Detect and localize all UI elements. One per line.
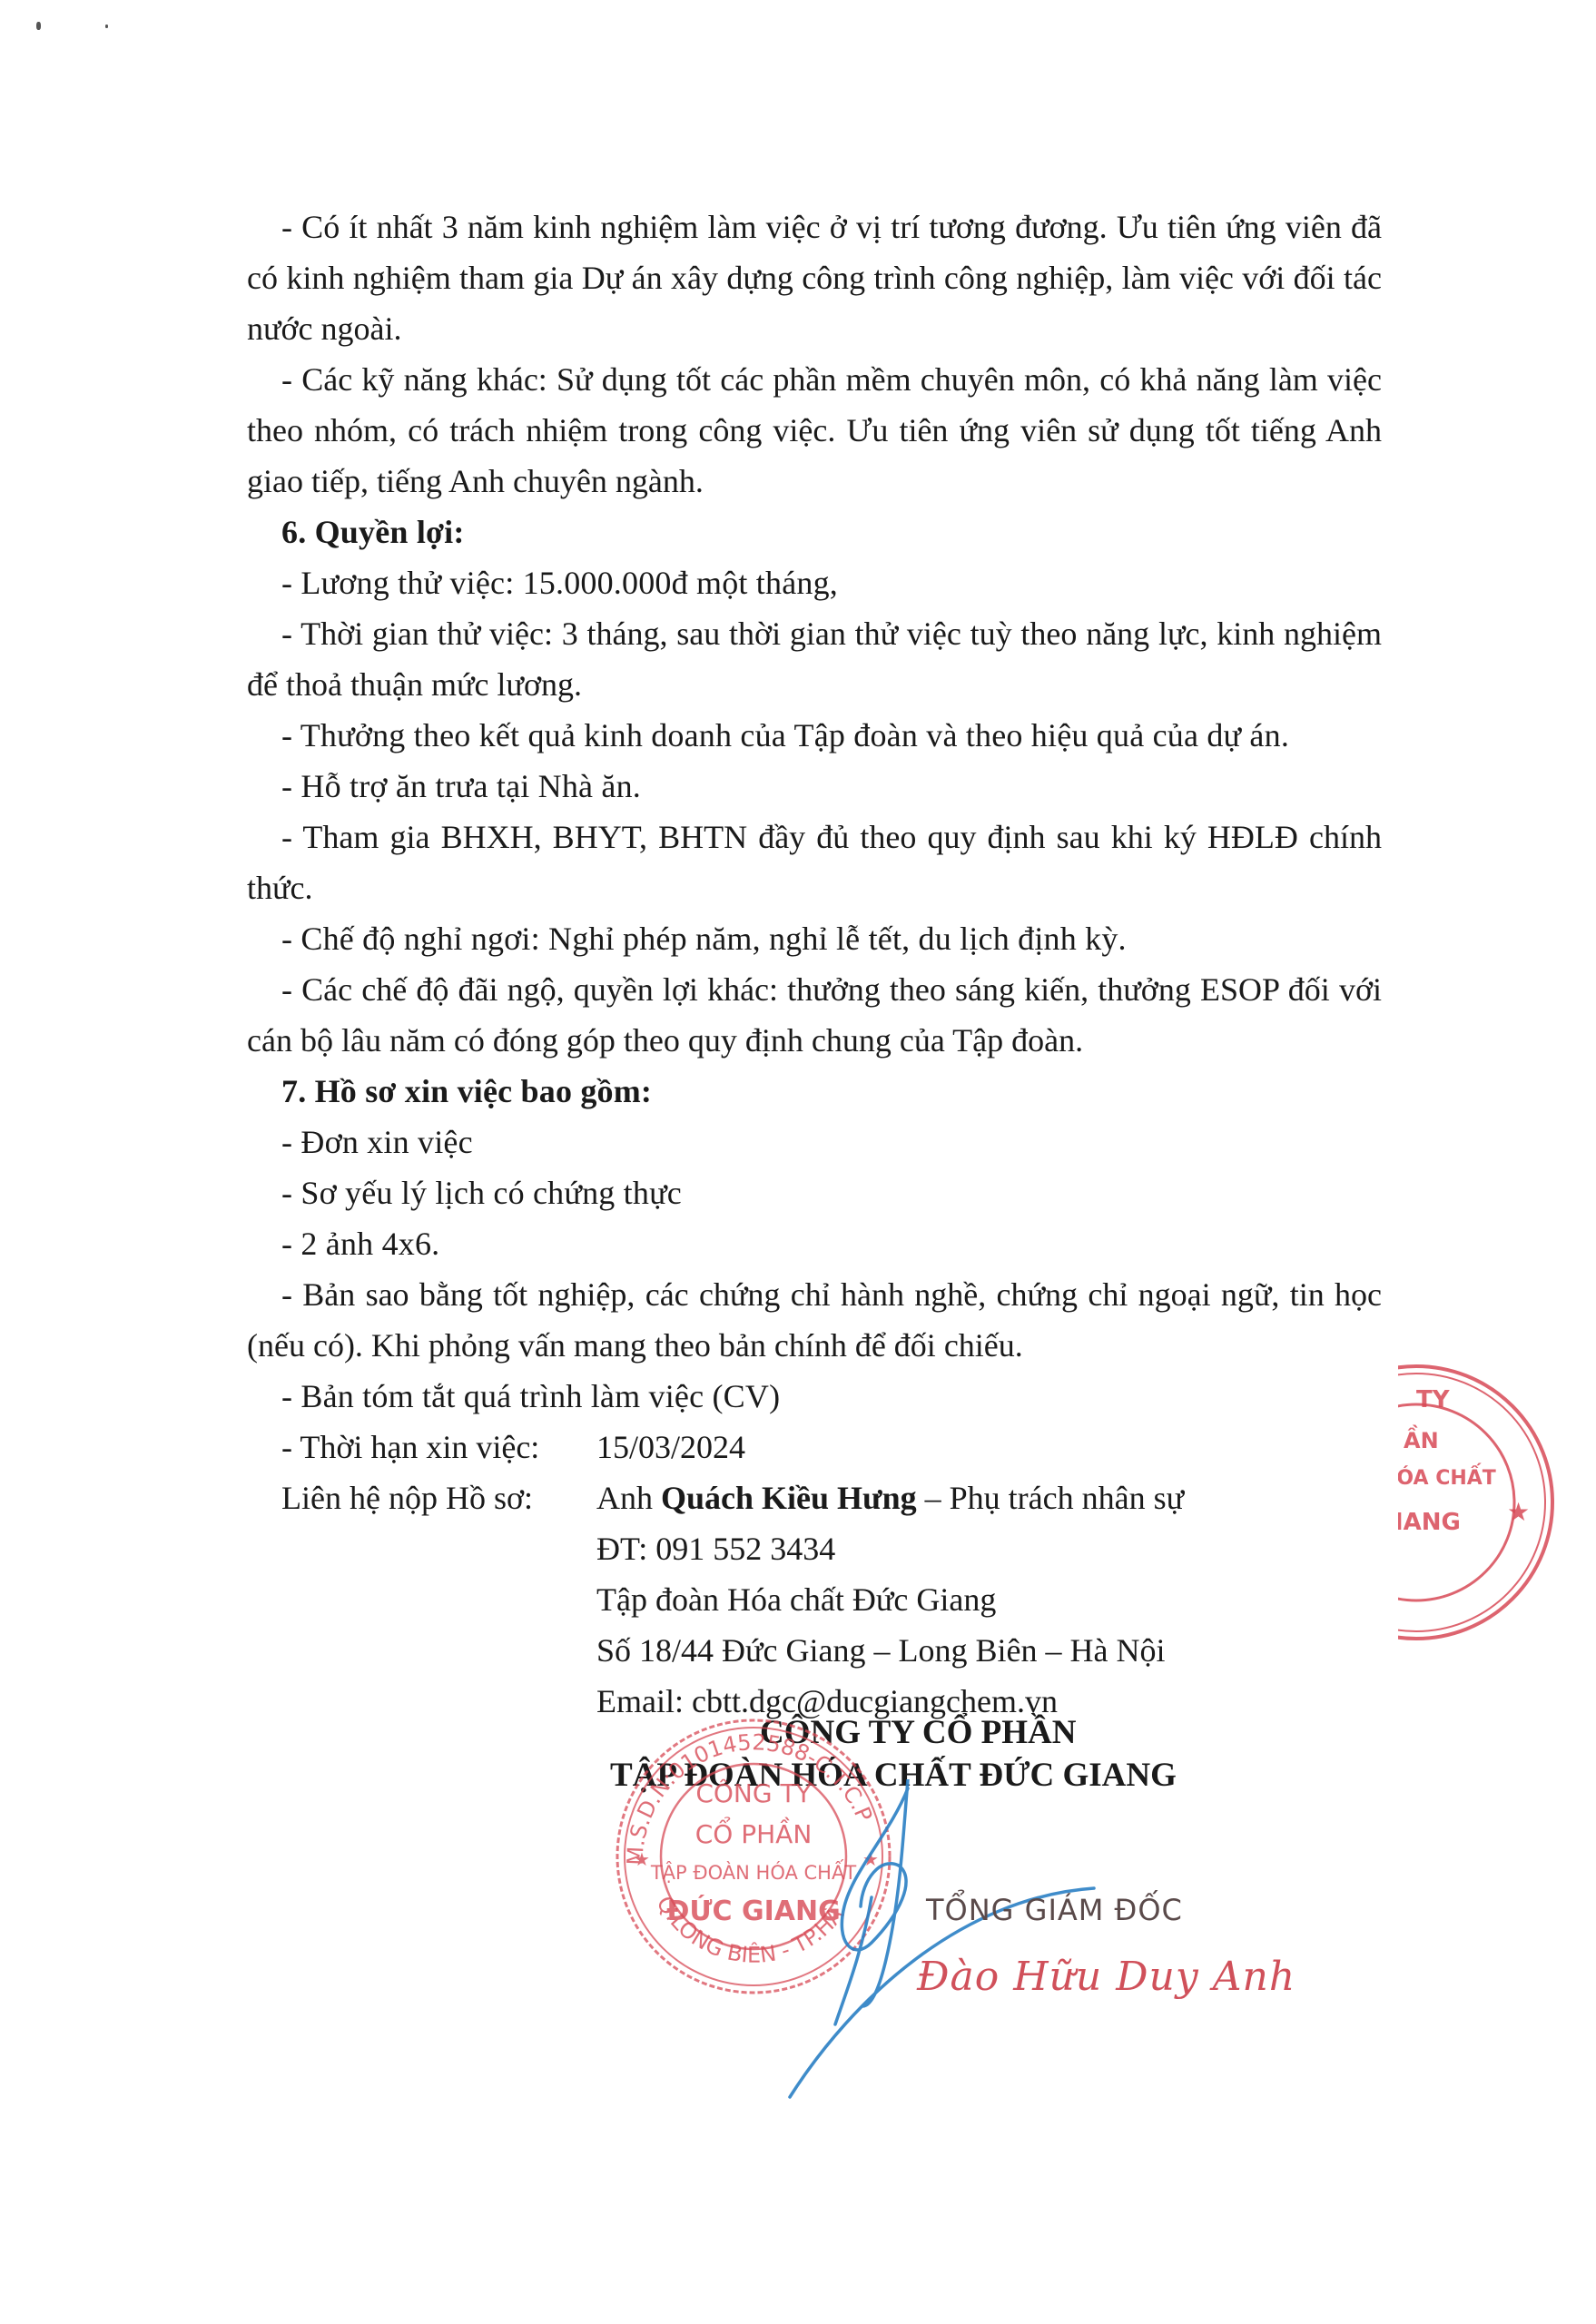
handwritten-signature bbox=[690, 1779, 1108, 2106]
section-7-heading: 7. Hồ sơ xin việc bao gồm: bbox=[247, 1066, 1382, 1117]
benefit-item: - Hỗ trợ ăn trưa tại Nhà ăn. bbox=[247, 761, 1382, 812]
svg-text:ẦN: ẦN bbox=[1404, 1423, 1439, 1453]
contact-org-row: Tập đoàn Hóa chất Đức Giang bbox=[247, 1574, 1382, 1625]
svg-text:IANG: IANG bbox=[1398, 1509, 1461, 1536]
dossier-item: - Bản tóm tắt quá trình làm việc (CV) bbox=[247, 1371, 1382, 1422]
page-seal-stamp: TY ẦN HÓA CHẤT IANG ★ bbox=[1398, 1353, 1596, 1652]
benefit-item: - Tham gia BHXH, BHYT, BHTN đầy đủ theo … bbox=[247, 812, 1382, 913]
deadline-row: - Thời hạn xin việc: 15/03/2024 bbox=[247, 1422, 1382, 1472]
contact-role: – Phụ trách nhân sự bbox=[917, 1480, 1184, 1516]
contact-label: Liên hệ nộp Hồ sơ: bbox=[247, 1472, 596, 1523]
signer-name: Đào Hữu Duy Anh bbox=[917, 1954, 1296, 2000]
svg-text:TY: TY bbox=[1416, 1386, 1451, 1413]
requirement-skills: - Các kỹ năng khác: Sử dụng tốt các phần… bbox=[247, 354, 1382, 507]
benefit-item: - Thời gian thử việc: 3 tháng, sau thời … bbox=[247, 608, 1382, 710]
benefit-item: - Lương thử việc: 15.000.000đ một tháng, bbox=[247, 557, 1382, 608]
contact-phone: ĐT: 091 552 3434 bbox=[596, 1523, 1382, 1574]
dossier-item: - Bản sao bằng tốt nghiệp, các chứng chỉ… bbox=[247, 1269, 1382, 1371]
benefit-item: - Thưởng theo kết quả kinh doanh của Tập… bbox=[247, 710, 1382, 761]
dossier-item: - Sơ yếu lý lịch có chứng thực bbox=[247, 1167, 1382, 1218]
dossier-item: - 2 ảnh 4x6. bbox=[247, 1218, 1382, 1269]
contact-name: Quách Kiều Hưng bbox=[661, 1480, 917, 1516]
director-title: TỔNG GIÁM ĐỐC bbox=[926, 1893, 1183, 1927]
section-6-heading: 6. Quyền lợi: bbox=[247, 507, 1382, 557]
contact-org: Tập đoàn Hóa chất Đức Giang bbox=[596, 1574, 1382, 1625]
contact-phone-row: ĐT: 091 552 3434 bbox=[247, 1523, 1382, 1574]
benefit-item: - Các chế độ đãi ngộ, quyền lợi khác: th… bbox=[247, 964, 1382, 1066]
svg-text:★: ★ bbox=[634, 1848, 650, 1870]
contact-prefix: Anh bbox=[596, 1480, 661, 1516]
scan-speck bbox=[105, 25, 108, 28]
requirement-experience: - Có ít nhất 3 năm kinh nghiệm làm việc … bbox=[247, 202, 1382, 354]
contact-address-row: Số 18/44 Đức Giang – Long Biên – Hà Nội bbox=[247, 1625, 1382, 1676]
benefit-item: - Chế độ nghỉ ngơi: Nghỉ phép năm, nghỉ … bbox=[247, 913, 1382, 964]
svg-text:★: ★ bbox=[1507, 1497, 1530, 1527]
scan-speck bbox=[36, 22, 41, 30]
contact-row: Liên hệ nộp Hồ sơ: Anh Quách Kiều Hưng –… bbox=[247, 1472, 1382, 1523]
deadline-label: - Thời hạn xin việc: bbox=[247, 1422, 596, 1472]
deadline-value: 15/03/2024 bbox=[596, 1422, 1382, 1472]
svg-text:HÓA CHẤT: HÓA CHẤT bbox=[1398, 1463, 1496, 1490]
contact-address: Số 18/44 Đức Giang – Long Biên – Hà Nội bbox=[596, 1625, 1382, 1676]
contact-person: Anh Quách Kiều Hưng – Phụ trách nhân sự bbox=[596, 1472, 1382, 1523]
dossier-item: - Đơn xin việc bbox=[247, 1117, 1382, 1167]
document-body: - Có ít nhất 3 năm kinh nghiệm làm việc … bbox=[247, 202, 1382, 1727]
